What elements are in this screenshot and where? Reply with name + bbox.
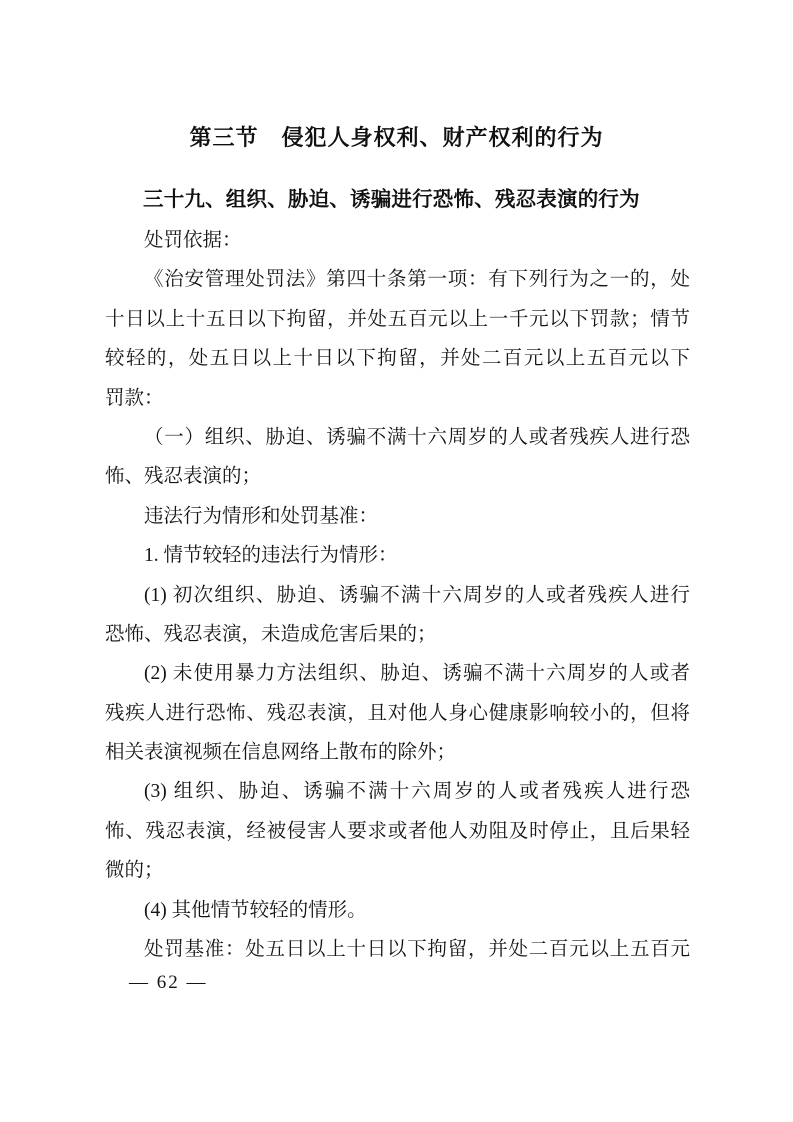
article-heading: 三十九、组织、胁迫、诱骗进行恐怖、残忍表演的行为 — [105, 182, 705, 212]
body-line: 较轻的，处五日以上十日以下拘留，并处二百元以上五百元以下 — [105, 339, 690, 378]
body-line: 怖、残忍表演的； — [105, 457, 690, 496]
body-line: 残疾人进行恐怖、残忍表演，且对他人身心健康影响较小的，但将 — [105, 694, 690, 733]
body-line: 相关表演视频在信息网络上散布的除外； — [105, 733, 690, 772]
body-line: 违法行为情形和处罚基准： — [105, 497, 690, 536]
body-line: (2) 未使用暴力方法组织、胁迫、诱骗不满十六周岁的人或者 — [105, 654, 690, 693]
body-line: 微的； — [105, 851, 690, 890]
body-line: 1. 情节较轻的违法行为情形： — [105, 536, 690, 575]
page-number: — 62 — — [129, 972, 208, 994]
body-line: （一）组织、胁迫、诱骗不满十六周岁的人或者残疾人进行恐 — [105, 418, 690, 457]
body-text: 处罚依据： 《治安管理处罚法》第四十条第一项：有下列行为之一的，处 十日以上十五… — [105, 221, 690, 969]
body-line: 怖、残忍表演，经被侵害人要求或者他人劝阻及时停止，且后果轻 — [105, 812, 690, 851]
section-title: 第三节 侵犯人身权利、财产权利的行为 — [0, 121, 793, 152]
body-line: 罚款： — [105, 379, 690, 418]
document-page: 第三节 侵犯人身权利、财产权利的行为 三十九、组织、胁迫、诱骗进行恐怖、残忍表演… — [0, 0, 793, 1122]
body-line: 《治安管理处罚法》第四十条第一项：有下列行为之一的，处 — [105, 260, 690, 299]
body-line: (3) 组织、胁迫、诱骗不满十六周岁的人或者残疾人进行恐 — [105, 772, 690, 811]
body-line: 恐怖、残忍表演，未造成危害后果的； — [105, 615, 690, 654]
body-line: 十日以上十五日以下拘留，并处五百元以上一千元以下罚款；情节 — [105, 300, 690, 339]
body-line: 处罚依据： — [105, 221, 690, 260]
body-line: (4) 其他情节较轻的情形。 — [105, 891, 690, 930]
body-line: 处罚基准：处五日以上十日以下拘留，并处二百元以上五百元 — [105, 930, 690, 969]
body-line: (1) 初次组织、胁迫、诱骗不满十六周岁的人或者残疾人进行 — [105, 576, 690, 615]
